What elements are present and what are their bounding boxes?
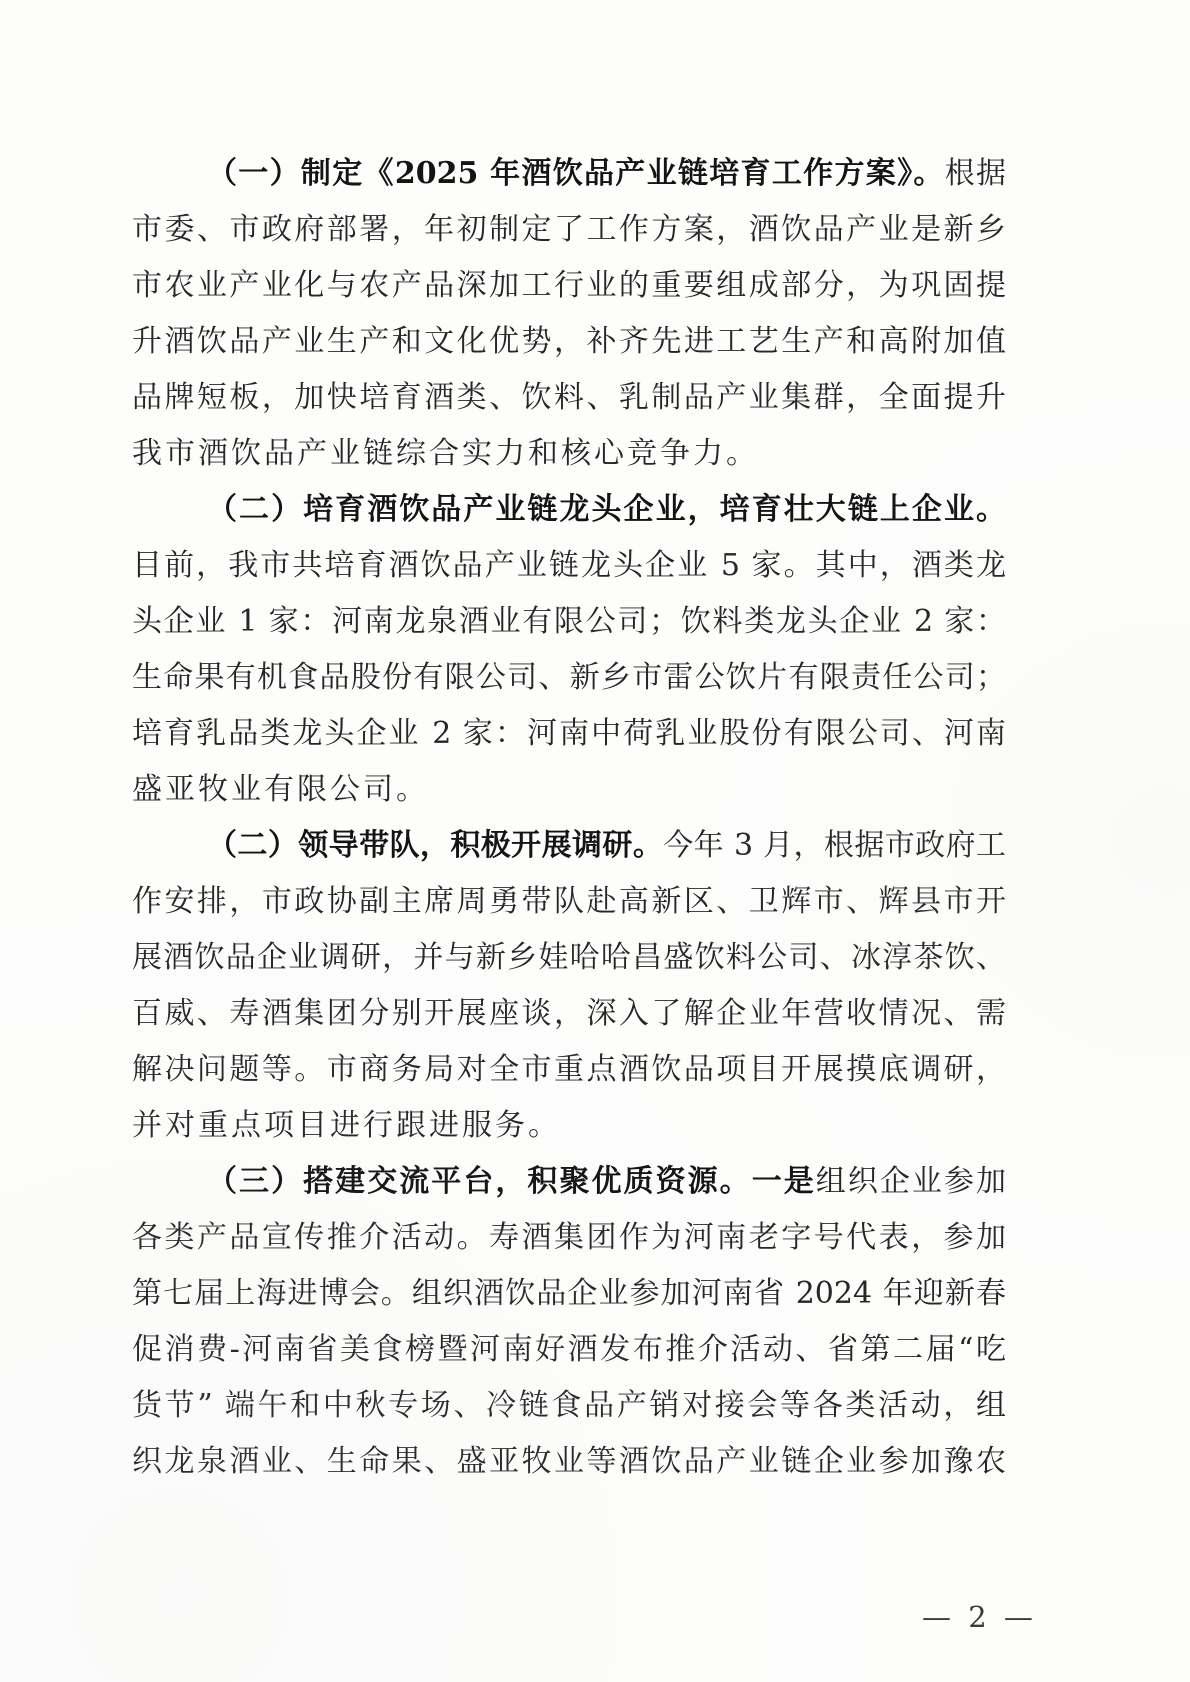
body-text-segment: 第七届上海进博会。组织酒饮品企业参加河南省 2024 年迎新春 [132,1276,1006,1311]
text-line: 百威、寿酒集团分别开展座谈，深入了解企业年营收情况、需 [132,986,1006,1042]
text-line: 促消费-河南省美食榜暨河南好酒发布推介活动、省第二届“吃 [132,1322,1006,1378]
body-text-segment: 升酒饮品产业生产和文化优势，补齐先进工艺生产和高附加值 [132,324,1006,359]
text-line: 各类产品宣传推介活动。寿酒集团作为河南老字号代表，参加 [132,1210,1006,1266]
body-text-segment: 货节” 端午和中秋专场、冷链食品产销对接会等各类活动，组 [132,1388,1006,1423]
heading-text-segment: （一）制定《2025 年酒饮品产业链培育工作方案》。 [207,156,945,191]
body-text-segment: 织龙泉酒业、生命果、盛亚牧业等酒饮品产业链企业参加豫农 [132,1444,1006,1479]
body-text-segment: 并对重点项目进行跟进服务。 [132,1108,561,1143]
body-text-segment: 我市酒饮品产业链综合实力和核心竞争力。 [132,436,759,471]
text-line: 目前，我市共培育酒饮品产业链龙头企业 5 家。其中，酒类龙 [132,538,1006,594]
body-text-segment: 百威、寿酒集团分别开展座谈，深入了解企业年营收情况、需 [132,996,1006,1031]
text-line: 第七届上海进博会。组织酒饮品企业参加河南省 2024 年迎新春 [132,1266,1006,1322]
body-text-segment: 促消费-河南省美食榜暨河南好酒发布推介活动、省第二届“吃 [132,1332,1006,1367]
text-line: 培育乳品类龙头企业 2 家：河南中荷乳业股份有限公司、河南 [132,706,1006,762]
text-line: 货节” 端午和中秋专场、冷链食品产销对接会等各类活动，组 [132,1378,1006,1434]
body-text-segment: 组织企业参加 [816,1164,1006,1199]
text-line: 品牌短板，加快培育酒类、饮料、乳制品产业集群，全面提升 [132,370,1006,426]
heading-text-segment: （二）领导带队，积极开展调研。 [207,828,663,863]
body-text-segment: 培育乳品类龙头企业 2 家：河南中荷乳业股份有限公司、河南 [132,716,1006,751]
body-text-segment: 今年 3 月，根据市政府工 [663,828,1006,863]
text-line: （三）搭建交流平台，积聚优质资源。一是组织企业参加 [132,1154,1006,1210]
text-line: （一）制定《2025 年酒饮品产业链培育工作方案》。根据 [132,146,1006,202]
body-text-segment: 根据 [945,156,1006,191]
body-text-segment: 盛亚牧业有限公司。 [132,772,429,807]
body-text-segment: 展酒饮品企业调研，并与新乡娃哈哈昌盛饮料公司、冰淳茶饮、 [132,940,1006,975]
body-text-segment: 市委、市政府部署，年初制定了工作方案，酒饮品产业是新乡 [132,212,1006,247]
body-text-segment: 解决问题等。市商务局对全市重点酒饮品项目开展摸底调研， [132,1052,1006,1087]
heading-text-segment: （二）培育酒饮品产业链龙头企业，培育壮大链上企业。 [207,492,1006,527]
text-line: 盛亚牧业有限公司。 [132,762,1006,818]
text-line: 并对重点项目进行跟进服务。 [132,1098,1006,1154]
text-line: 展酒饮品企业调研，并与新乡娃哈哈昌盛饮料公司、冰淳茶饮、 [132,930,1006,986]
text-line: 头企业 1 家：河南龙泉酒业有限公司；饮料类龙头企业 2 家： [132,594,1006,650]
text-line: （二）领导带队，积极开展调研。今年 3 月，根据市政府工 [132,818,1006,874]
text-line: 我市酒饮品产业链综合实力和核心竞争力。 [132,426,1006,482]
page-number: — 2 — [922,1600,1037,1634]
heading-text-segment: （三）搭建交流平台，积聚优质资源。一是 [207,1164,816,1199]
text-line: 生命果有机食品股份有限公司、新乡市雷公饮片有限责任公司； [132,650,1006,706]
text-line: 市委、市政府部署，年初制定了工作方案，酒饮品产业是新乡 [132,202,1006,258]
text-line: 解决问题等。市商务局对全市重点酒饮品项目开展摸底调研， [132,1042,1006,1098]
body-text-segment: 作安排，市政协副主席周勇带队赴高新区、卫辉市、辉县市开 [132,884,1006,919]
body-text-segment: 品牌短板，加快培育酒类、饮料、乳制品产业集群，全面提升 [132,380,1006,415]
body-text-segment: 生命果有机食品股份有限公司、新乡市雷公饮片有限责任公司； [132,660,1006,695]
text-line: 织龙泉酒业、生命果、盛亚牧业等酒饮品产业链企业参加豫农 [132,1434,1006,1490]
text-line: 升酒饮品产业生产和文化优势，补齐先进工艺生产和高附加值 [132,314,1006,370]
body-text-segment: 市农业产业化与农产品深加工行业的重要组成部分，为巩固提 [132,268,1006,303]
body-text-segment: 目前，我市共培育酒饮品产业链龙头企业 5 家。其中，酒类龙 [132,548,1006,583]
text-block: （一）制定《2025 年酒饮品产业链培育工作方案》。根据市委、市政府部署，年初制… [132,146,1006,1490]
text-line: （二）培育酒饮品产业链龙头企业，培育壮大链上企业。 [132,482,1006,538]
text-line: 作安排，市政协副主席周勇带队赴高新区、卫辉市、辉县市开 [132,874,1006,930]
body-text-segment: 各类产品宣传推介活动。寿酒集团作为河南老字号代表，参加 [132,1220,1006,1255]
text-line: 市农业产业化与农产品深加工行业的重要组成部分，为巩固提 [132,258,1006,314]
document-page: （一）制定《2025 年酒饮品产业链培育工作方案》。根据市委、市政府部署，年初制… [0,0,1190,1682]
body-text-segment: 头企业 1 家：河南龙泉酒业有限公司；饮料类龙头企业 2 家： [132,604,1006,639]
